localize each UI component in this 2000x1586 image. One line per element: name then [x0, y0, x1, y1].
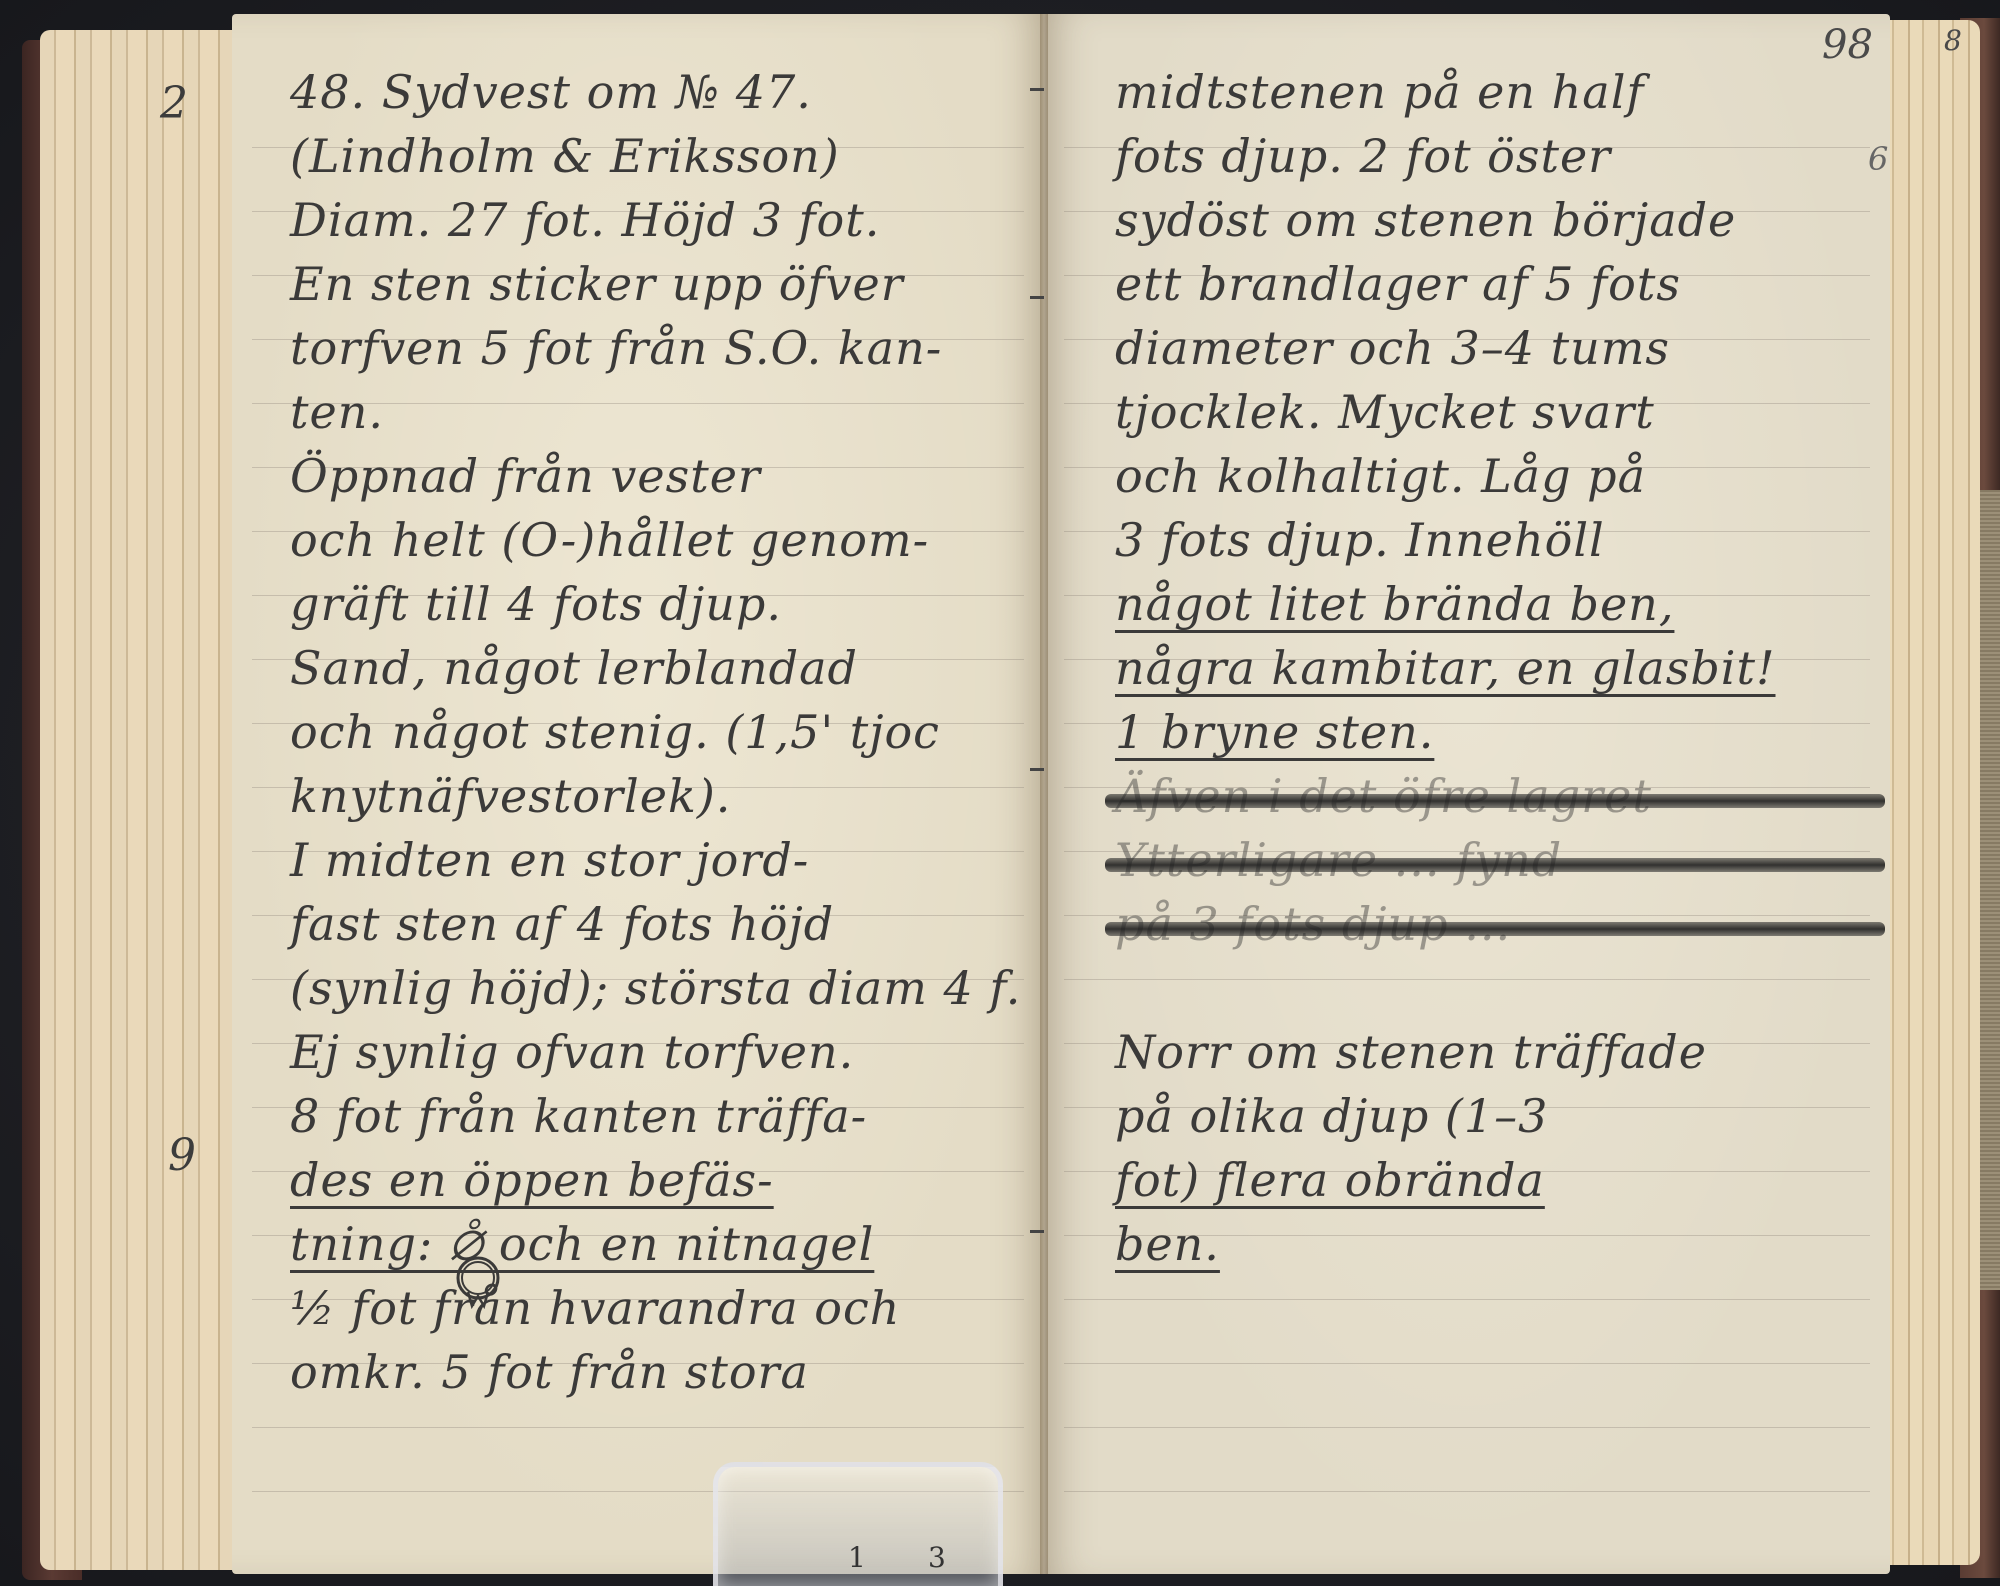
glass-page-clip: 1 3 [713, 1462, 1003, 1586]
blank-line [1115, 956, 1875, 1020]
text-line: torfven 5 fot från S.O. kan- [290, 316, 1030, 380]
text-line: I midten en stor jord- [290, 828, 1030, 892]
text-line-underlined: fot) flera obrända [1115, 1148, 1875, 1212]
text-line: på olika djup (1–3 [1115, 1084, 1875, 1148]
text-line-underlined: något litet brända ben, [1115, 572, 1875, 636]
text-line: och något stenig. (1,5' tjoc [290, 700, 1030, 764]
text-line: ett brandlager af 5 fots [1115, 252, 1875, 316]
margin-mark: 2 [160, 78, 188, 129]
text-line: 48. Sydvest om № 47. [290, 60, 1030, 124]
text-line: Öppnad från vester [290, 444, 1030, 508]
text-line: (synlig höjd); största diam 4 f. [290, 956, 1030, 1020]
clip-label: 3 [928, 1541, 946, 1574]
text-line: ten. [290, 380, 1030, 444]
text-line: tjocklek. Mycket svart [1115, 380, 1875, 444]
text-line: midtstenen på en half [1115, 60, 1875, 124]
text-line: och kolhaltigt. Låg på [1115, 444, 1875, 508]
text-line: 3 fots djup. Innehöll [1115, 508, 1875, 572]
text-line: diameter och 3–4 tums [1115, 316, 1875, 380]
text-line-underlined: några kambitar, en glasbit! [1115, 636, 1875, 700]
text-line: Sand, något lerblandad [290, 636, 1030, 700]
text-line: ½ fot från hvarandra och [290, 1276, 1030, 1340]
margin-dash [1030, 88, 1044, 91]
strikethrough-bar [1105, 858, 1885, 872]
book-gutter [1040, 14, 1048, 1574]
strikethrough-bar [1105, 794, 1885, 808]
text-line: omkr. 5 fot från stora [290, 1340, 1030, 1404]
text-line: 8 fot från kanten träffa- [290, 1084, 1030, 1148]
text-line: En sten sticker upp öfver [290, 252, 1030, 316]
strikethrough-bar [1105, 922, 1885, 936]
right-page-text: midtstenen på en half fots djup. 2 fot ö… [1115, 60, 1875, 1276]
text-line: Ej synlig ofvan torfven. [290, 1020, 1030, 1084]
text-line: (Lindholm & Eriksson) [290, 124, 1030, 188]
text-line-underlined: des en öppen befäs- [290, 1148, 1030, 1212]
page-stack-right [1880, 20, 1980, 1565]
text-line-struck: Ytterligare ... fynd [1115, 828, 1875, 892]
clip-label: 1 [848, 1541, 866, 1574]
text-line: sydöst om stenen började [1115, 188, 1875, 252]
text-line-underlined: tning: ⦲ och en nitnagel [290, 1212, 1030, 1276]
brooch-sketch-icon [448, 1252, 508, 1312]
edge-page-number: 8 [1944, 24, 1962, 57]
text-line: och helt (O-)hållet genom- [290, 508, 1030, 572]
margin-mark: 9 [168, 1130, 196, 1181]
margin-dash [1030, 768, 1044, 771]
text-line-struck: Äfven i det öfre lagret [1115, 764, 1875, 828]
margin-dash [1030, 1230, 1044, 1233]
left-page-text: 48. Sydvest om № 47. (Lindholm & Eriksso… [290, 60, 1030, 1404]
text-line: Norr om stenen träffade [1115, 1020, 1875, 1084]
text-line-struck: på 3 fots djup ... [1115, 892, 1875, 956]
text-line: fast sten af 4 fots höjd [290, 892, 1030, 956]
margin-dash [1030, 296, 1044, 299]
page-stack-left [40, 30, 250, 1570]
text-line: fots djup. 2 fot öster [1115, 124, 1875, 188]
text-line: knytnäfvestorlek). [290, 764, 1030, 828]
text-line-underlined: 1 bryne sten. [1115, 700, 1875, 764]
text-line: gräft till 4 fots djup. [290, 572, 1030, 636]
text-line-underlined: ben. [1115, 1212, 1875, 1276]
text-line: Diam. 27 fot. Höjd 3 fot. [290, 188, 1030, 252]
